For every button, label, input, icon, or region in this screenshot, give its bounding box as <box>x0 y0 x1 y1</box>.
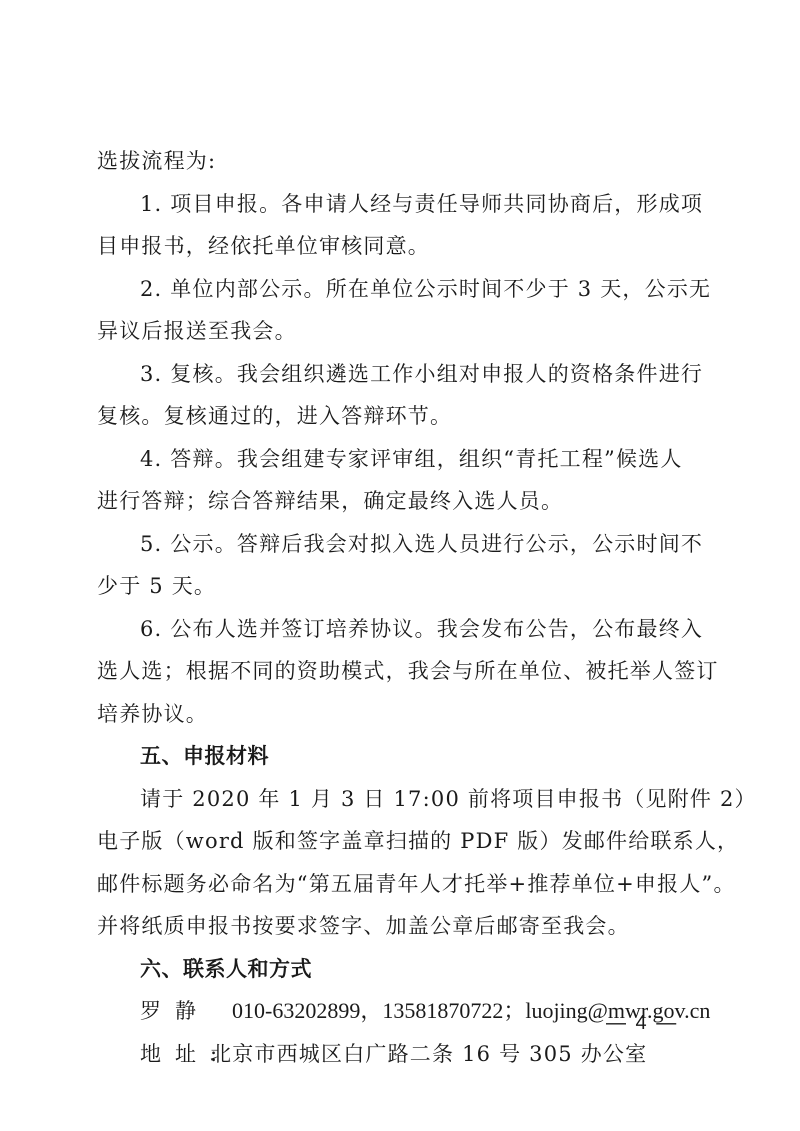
step-5-line-2: 少于 5 天。 <box>97 572 216 600</box>
step-1-line-1: 1. 项目申报。各申请人经与责任导师共同协商后，形成项 <box>140 190 703 218</box>
step-2-line-2: 异议后报送至我会。 <box>97 317 297 345</box>
step-6-line-3: 培养协议。 <box>97 700 208 728</box>
section-5-heading: 五、申报材料 <box>140 742 269 770</box>
address-label: 地址: <box>140 1040 210 1068</box>
section-5-line-3: 邮件标题务必命名为“第五届青年人才托举+推荐单位+申报人”。 <box>97 870 736 898</box>
step-2-line-1: 2. 单位内部公示。所在单位公示时间不少于 3 天，公示无 <box>140 275 711 303</box>
step-4-line-1: 4. 答辩。我会组建专家评审组，组织“青托工程”候选人 <box>140 445 683 473</box>
step-3-line-1: 3. 复核。我会组织遴选工作小组对申报人的资格条件进行 <box>140 360 703 388</box>
contact-name: 罗静 <box>140 997 232 1025</box>
process-intro: 选拔流程为: <box>97 147 216 175</box>
section-6-heading: 六、联系人和方式 <box>140 955 312 983</box>
step-6-line-1: 6. 公布人选并签订培养协议。我会发布公告，公布最终入 <box>140 615 703 643</box>
step-4-line-2: 进行答辩；综合答辩结果，确定最终入选人员。 <box>97 487 563 515</box>
step-3-line-2: 复核。复核通过的，进入答辩环节。 <box>97 402 452 430</box>
address-line: 地址:北京市西城区白广路二条 16 号 305 办公室 <box>140 1040 647 1068</box>
document-page: 选拔流程为: 1. 项目申报。各申请人经与责任导师共同协商后，形成项 目申报书，… <box>0 0 800 1131</box>
section-5-line-2: 电子版（word 版和签字盖章扫描的 PDF 版）发邮件给联系人， <box>97 827 739 855</box>
section-5-line-1: 请于 2020 年 1 月 3 日 17:00 前将项目申报书（见附件 2） <box>140 785 757 813</box>
step-6-line-2: 选人选；根据不同的资助模式，我会与所在单位、被托举人签订 <box>97 657 719 685</box>
section-5-line-4: 并将纸质申报书按要求签字、加盖公章后邮寄至我会。 <box>97 912 630 940</box>
step-1-line-2: 目申报书，经依托单位审核同意。 <box>97 232 430 260</box>
address-value: 北京市西城区白广路二条 16 号 305 办公室 <box>210 1042 647 1066</box>
step-5-line-1: 5. 公示。答辩后我会对拟入选人员进行公示，公示时间不 <box>140 530 703 558</box>
page-number: — 4 — <box>606 1012 678 1035</box>
contact-phone: 010-63202899，13581870722； <box>232 998 525 1023</box>
